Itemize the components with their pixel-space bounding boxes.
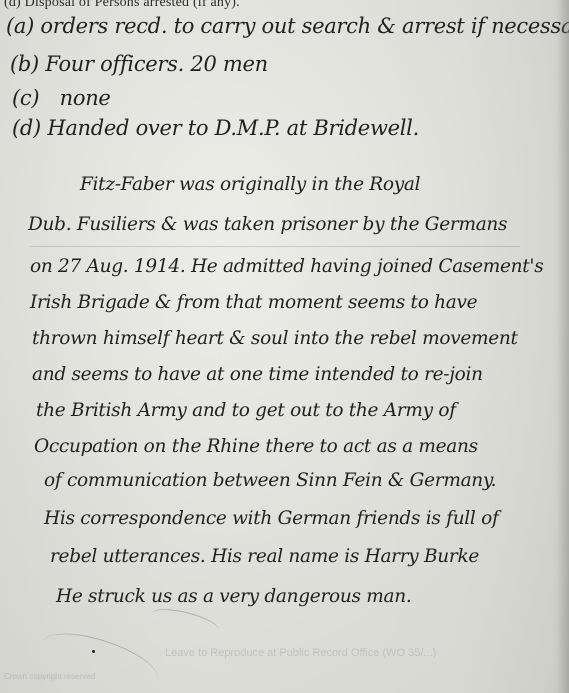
answer-c: (c) none (12, 86, 111, 110)
paragraph-line-11: rebel utterances. His real name is Harry… (50, 546, 479, 567)
paragraph-line-1: Fitz-Faber was originally in the Royal (80, 174, 420, 195)
answer-label: (a) (6, 14, 34, 38)
answer-text: Four officers. 20 men (45, 52, 268, 76)
paragraph-line-10: His correspondence with German friends i… (44, 508, 499, 529)
answer-a: (a) orders recd. to carry out search & a… (6, 14, 569, 38)
answer-label: (c) (12, 86, 39, 110)
paragraph-line-8: Occupation on the Rhine there to act as … (34, 436, 478, 457)
bleed-through-small-text: Crown copyright reserved (4, 672, 95, 681)
page-edge-shadow (557, 0, 569, 693)
paragraph-line-4: Irish Brigade & from that moment seems t… (30, 292, 477, 313)
answer-text: none (60, 86, 111, 110)
bleed-through-text: Leave to Reproduce at Public Record Offi… (165, 647, 436, 659)
paragraph-line-2: Dub. Fusiliers & was taken prisoner by t… (28, 214, 507, 235)
pencil-mark (37, 622, 164, 693)
printed-form-header: (d) Disposal of Persons arrested (if any… (4, 0, 240, 11)
answer-b: (b) Four officers. 20 men (10, 52, 268, 76)
faint-ruled-line (30, 246, 520, 247)
answer-text: orders recd. to carry out search & arres… (40, 14, 569, 38)
pencil-mark (148, 604, 221, 641)
answer-d: (d) Handed over to D.M.P. at Bridewell. (12, 116, 419, 140)
document-page: (d) Disposal of Persons arrested (if any… (0, 0, 569, 693)
answer-text: Handed over to D.M.P. at Bridewell. (47, 116, 419, 140)
paragraph-line-12: He struck us as a very dangerous man. (56, 586, 411, 607)
ink-dot (92, 650, 95, 653)
paragraph-line-3: on 27 Aug. 1914. He admitted having join… (30, 256, 543, 277)
answer-label: (d) (12, 116, 41, 140)
answer-label: (b) (10, 52, 39, 76)
paragraph-line-5: thrown himself heart & soul into the reb… (32, 328, 518, 349)
paragraph-line-7: the British Army and to get out to the A… (36, 400, 456, 421)
paragraph-line-6: and seems to have at one time intended t… (32, 364, 483, 385)
paragraph-line-9: of communication between Sinn Fein & Ger… (44, 470, 496, 491)
